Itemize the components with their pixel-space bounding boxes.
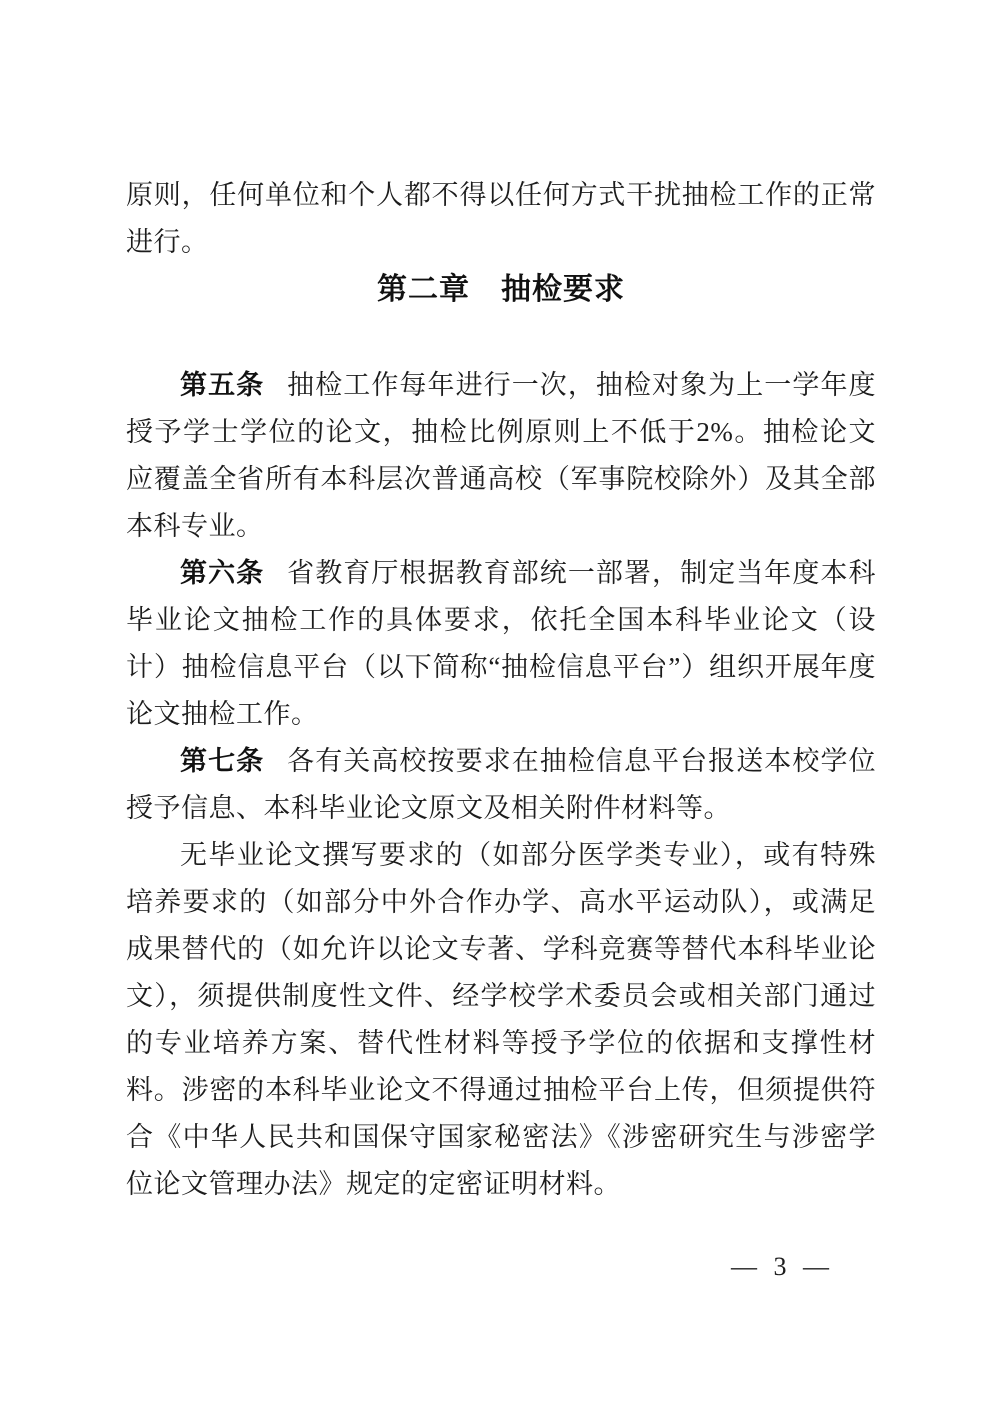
article-6-paragraph: 第六条省教育厅根据教育部统一部署，制定当年度本科毕业论文抽检工作的具体要求，依托…	[126, 550, 876, 738]
page-number: — 3 —	[731, 1243, 834, 1290]
article-7-paragraph: 第七条各有关高校按要求在抽检信息平台报送本校学位授予信息、本科毕业论文原文及相关…	[126, 738, 876, 832]
article-5-paragraph: 第五条抽检工作每年进行一次，抽检对象为上一学年度授予学士学位的论文，抽检比例原则…	[126, 362, 876, 550]
article-5-label: 第五条	[180, 370, 264, 400]
intro-paragraph: 原则，任何单位和个人都不得以任何方式干扰抽检工作的正常进行。	[126, 172, 876, 266]
article-7-label: 第七条	[180, 746, 264, 776]
document-content: 原则，任何单位和个人都不得以任何方式干扰抽检工作的正常进行。 第二章 抽检要求 …	[126, 172, 876, 1208]
chapter-heading: 第二章 抽检要求	[126, 266, 876, 313]
supplement-paragraph: 无毕业论文撰写要求的（如部分医学类专业），或有特殊培养要求的（如部分中外合作办学…	[126, 832, 876, 1208]
article-6-label: 第六条	[180, 558, 264, 588]
document-page: 原则，任何单位和个人都不得以任何方式干扰抽检工作的正常进行。 第二章 抽检要求 …	[0, 0, 992, 1403]
